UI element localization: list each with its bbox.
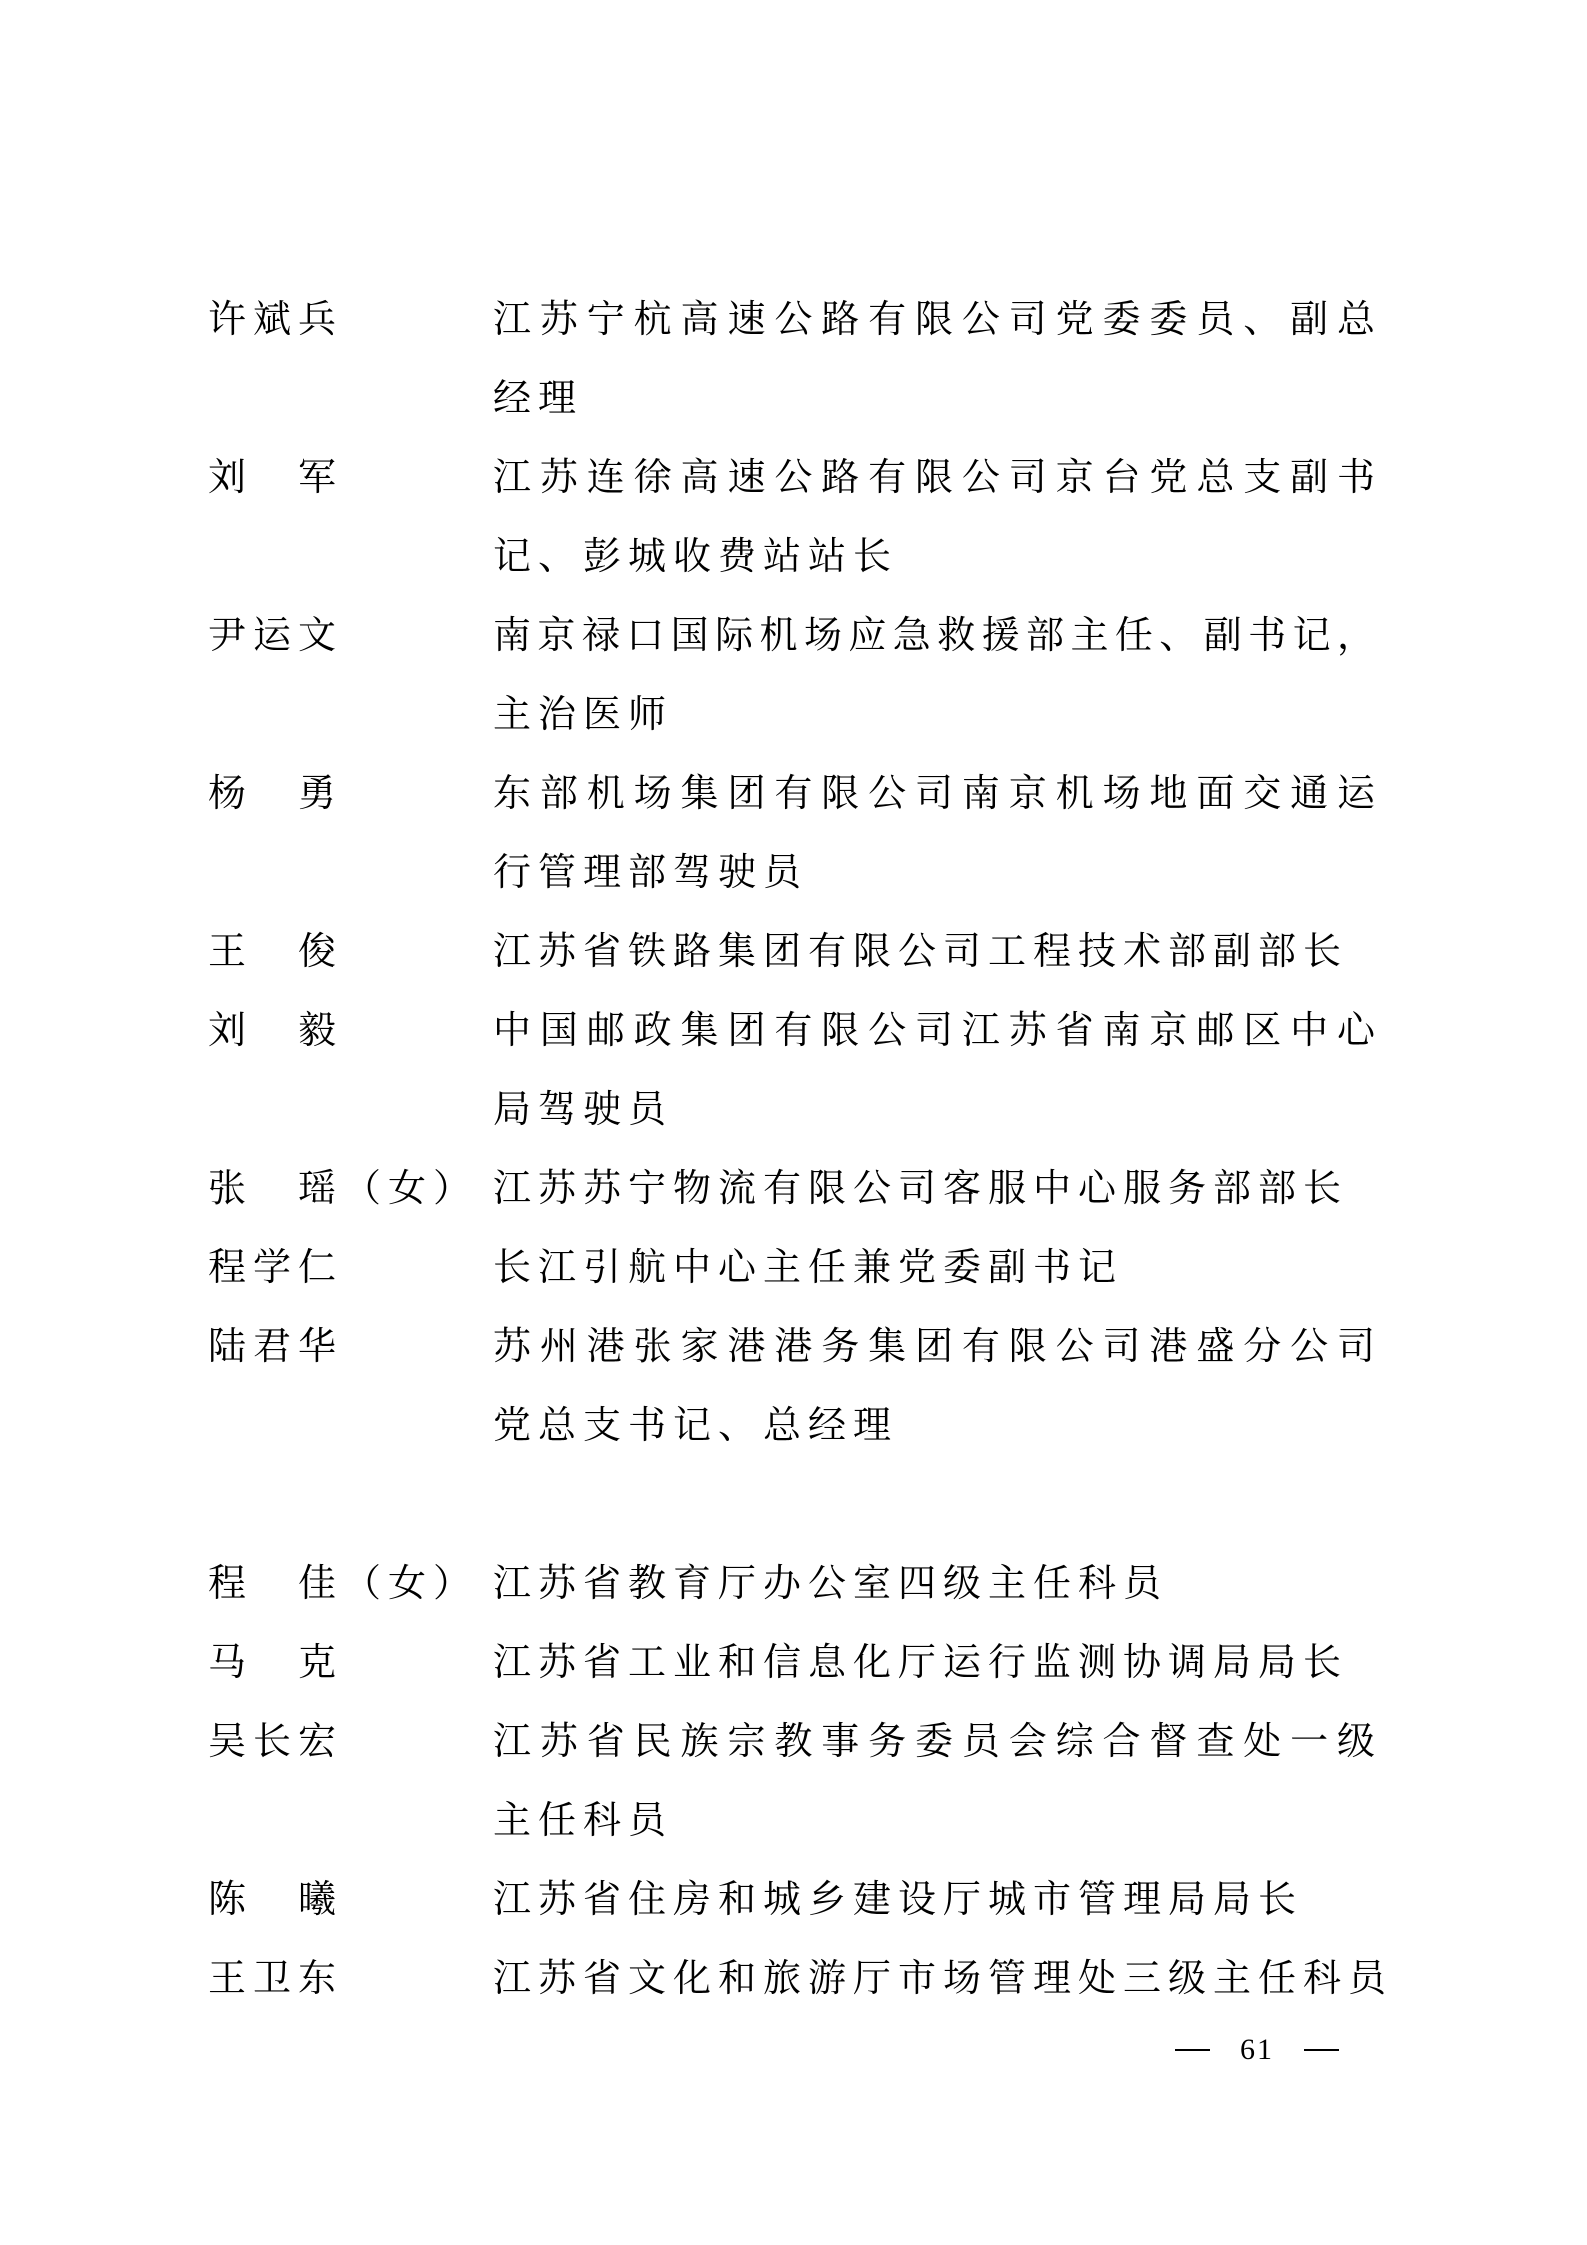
affiliation-line: 中国邮政集团有限公司江苏省南京邮区中心 (493, 991, 1375, 1070)
person-affiliation: 江苏省教育厅办公室四级主任科员 (493, 1544, 1375, 1623)
personnel-list: 许斌兵 江苏宁杭高速公路有限公司党委委员、副总 经理 刘 军 江苏连徐高速公路有… (208, 280, 1378, 2018)
affiliation-line: 主治医师 (493, 675, 1375, 754)
list-item: 王卫东 江苏省文化和旅游厅市场管理处三级主任科员 (208, 1939, 1378, 2018)
affiliation-line: 江苏省教育厅办公室四级主任科员 (493, 1544, 1375, 1623)
dash-left (1175, 2049, 1210, 2051)
person-name: 马 克 (208, 1623, 493, 1702)
person-affiliation: 江苏省民族宗教事务委员会综合督查处一级 主任科员 (493, 1702, 1375, 1860)
person-affiliation: 东部机场集团有限公司南京机场地面交通运 行管理部驾驶员 (493, 754, 1375, 912)
page-number: 61 (1240, 2033, 1274, 2067)
person-name: 程 佳（女） (208, 1544, 493, 1623)
affiliation-line: 记、彭城收费站站长 (493, 517, 1375, 596)
person-name: 刘 毅 (208, 991, 493, 1070)
person-affiliation: 中国邮政集团有限公司江苏省南京邮区中心 局驾驶员 (493, 991, 1375, 1149)
person-affiliation: 江苏省铁路集团有限公司工程技术部副部长 (493, 912, 1375, 991)
affiliation-line: 南京禄口国际机场应急救援部主任、副书记， (493, 596, 1375, 675)
person-affiliation: 江苏省工业和信息化厅运行监测协调局局长 (493, 1623, 1375, 1702)
person-name: 王 俊 (208, 912, 493, 991)
affiliation-line: 江苏省民族宗教事务委员会综合督查处一级 (493, 1702, 1375, 1781)
affiliation-line: 江苏省工业和信息化厅运行监测协调局局长 (493, 1623, 1375, 1702)
affiliation-line: 江苏省文化和旅游厅市场管理处三级主任科员 (493, 1939, 1375, 2018)
person-affiliation: 江苏连徐高速公路有限公司京台党总支副书 记、彭城收费站站长 (493, 438, 1375, 596)
person-name: 陆君华 (208, 1307, 493, 1386)
person-name: 吴长宏 (208, 1702, 493, 1781)
person-affiliation: 苏州港张家港港务集团有限公司港盛分公司 党总支书记、总经理 (493, 1307, 1375, 1465)
person-affiliation: 长江引航中心主任兼党委副书记 (493, 1228, 1375, 1307)
person-name: 尹运文 (208, 596, 493, 675)
affiliation-line: 江苏省铁路集团有限公司工程技术部副部长 (493, 912, 1375, 991)
list-item: 杨 勇 东部机场集团有限公司南京机场地面交通运 行管理部驾驶员 (208, 754, 1378, 912)
person-name: 许斌兵 (208, 280, 493, 359)
document-page: 许斌兵 江苏宁杭高速公路有限公司党委委员、副总 经理 刘 军 江苏连徐高速公路有… (0, 0, 1587, 2245)
list-item: 尹运文 南京禄口国际机场应急救援部主任、副书记， 主治医师 (208, 596, 1378, 754)
affiliation-line: 苏州港张家港港务集团有限公司港盛分公司 (493, 1307, 1375, 1386)
person-name: 刘 军 (208, 438, 493, 517)
person-affiliation: 江苏苏宁物流有限公司客服中心服务部部长 (493, 1149, 1375, 1228)
person-affiliation: 江苏宁杭高速公路有限公司党委委员、副总 经理 (493, 280, 1375, 438)
dash-right (1304, 2049, 1339, 2051)
list-item: 张 瑶（女） 江苏苏宁物流有限公司客服中心服务部部长 (208, 1149, 1378, 1228)
affiliation-line: 局驾驶员 (493, 1070, 1375, 1149)
list-item: 刘 毅 中国邮政集团有限公司江苏省南京邮区中心 局驾驶员 (208, 991, 1378, 1149)
person-name: 王卫东 (208, 1939, 493, 2018)
person-name: 程学仁 (208, 1228, 493, 1307)
person-name: 杨 勇 (208, 754, 493, 833)
list-item: 吴长宏 江苏省民族宗教事务委员会综合督查处一级 主任科员 (208, 1702, 1378, 1860)
person-affiliation: 南京禄口国际机场应急救援部主任、副书记， 主治医师 (493, 596, 1375, 754)
list-item: 程学仁 长江引航中心主任兼党委副书记 (208, 1228, 1378, 1307)
affiliation-line: 江苏省住房和城乡建设厅城市管理局局长 (493, 1860, 1375, 1939)
list-item: 刘 军 江苏连徐高速公路有限公司京台党总支副书 记、彭城收费站站长 (208, 438, 1378, 596)
person-affiliation: 江苏省文化和旅游厅市场管理处三级主任科员 (493, 1939, 1375, 2018)
list-item: 许斌兵 江苏宁杭高速公路有限公司党委委员、副总 经理 (208, 280, 1378, 438)
page-number-footer: 61 (1175, 2030, 1339, 2070)
person-affiliation: 江苏省住房和城乡建设厅城市管理局局长 (493, 1860, 1375, 1939)
list-item: 程 佳（女） 江苏省教育厅办公室四级主任科员 (208, 1544, 1378, 1623)
affiliation-line: 江苏宁杭高速公路有限公司党委委员、副总 (493, 280, 1375, 359)
list-item: 陈 曦 江苏省住房和城乡建设厅城市管理局局长 (208, 1860, 1378, 1939)
affiliation-line: 主任科员 (493, 1781, 1375, 1860)
list-item: 陆君华 苏州港张家港港务集团有限公司港盛分公司 党总支书记、总经理 (208, 1307, 1378, 1465)
affiliation-line: 江苏连徐高速公路有限公司京台党总支副书 (493, 438, 1375, 517)
list-item: 王 俊 江苏省铁路集团有限公司工程技术部副部长 (208, 912, 1378, 991)
affiliation-line: 江苏苏宁物流有限公司客服中心服务部部长 (493, 1149, 1375, 1228)
affiliation-line: 长江引航中心主任兼党委副书记 (493, 1228, 1375, 1307)
person-name: 陈 曦 (208, 1860, 493, 1939)
list-item: 马 克 江苏省工业和信息化厅运行监测协调局局长 (208, 1623, 1378, 1702)
affiliation-line: 经理 (493, 359, 1375, 438)
person-name: 张 瑶（女） (208, 1149, 493, 1228)
affiliation-line: 行管理部驾驶员 (493, 833, 1375, 912)
affiliation-line: 党总支书记、总经理 (493, 1386, 1375, 1465)
affiliation-line: 东部机场集团有限公司南京机场地面交通运 (493, 754, 1375, 833)
